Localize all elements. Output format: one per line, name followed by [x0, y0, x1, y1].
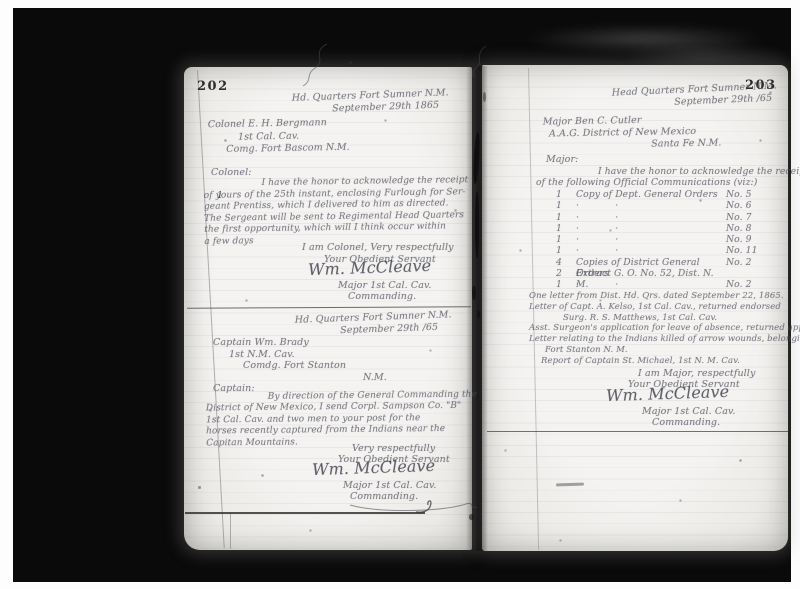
handwritten-line: Comdg. Fort Stanton	[243, 360, 387, 372]
handwritten-line: Fort Stanton N. M.	[545, 345, 800, 356]
handwritten-line: Asst. Surgeon's application for leave of…	[529, 323, 800, 334]
letter3-signature-role: Commanding.	[652, 417, 720, 428]
pen-flourish	[468, 44, 490, 78]
handwritten-line: Surg. R. S. Matthews, 1st Cal. Cav.	[563, 313, 800, 324]
orders-desc: · ·	[576, 223, 726, 234]
margin-rule-left-page-bottom	[230, 513, 231, 549]
handwritten-line: Very respectfully	[352, 443, 450, 454]
orders-no: No. 7	[726, 212, 770, 223]
orders-no: No. 11	[726, 245, 770, 256]
orders-list-row: 2Extract G. O. No. 52, Dist. N. M.	[556, 268, 770, 279]
handwritten-line: Captain Wm. Brady	[213, 337, 387, 349]
letter1-address: Colonel E. H. Bergmann1st Cal. Cav.Comg.…	[208, 117, 350, 157]
orders-list-row: 1· ·No. 6	[556, 200, 770, 211]
orders-qty: 4	[556, 257, 570, 268]
orders-qty: 2	[556, 268, 570, 279]
page-number-left: 202	[197, 79, 229, 94]
orders-desc: · ·	[576, 245, 726, 256]
letter3-intro: I have the honor to acknowledge the rece…	[536, 166, 800, 188]
ink-blot	[477, 310, 480, 319]
letter1-salutation: Colonel:	[211, 167, 252, 178]
letter3-orders-list: 1Copy of Dept. General OrdersNo. 51· ·No…	[556, 189, 770, 291]
orders-qty: 1	[556, 200, 570, 211]
orders-no: No. 5	[726, 189, 770, 200]
letter3-salutation: Major:	[546, 154, 578, 165]
orders-qty: 1	[556, 212, 570, 223]
handwritten-line: 1st N.M. Cav.	[229, 349, 387, 361]
handwritten-line: I am Colonel, Very respectfully	[302, 242, 454, 254]
letter2-signature-rank: Major 1st Cal. Cav.	[343, 480, 436, 491]
orders-qty: 1	[556, 234, 570, 245]
orders-desc: · ·	[576, 212, 726, 223]
orders-qty: 1	[556, 279, 570, 290]
orders-desc: Copies of District General Orders	[576, 257, 726, 268]
handwritten-line: Letter relating to the Indians killed of…	[529, 334, 800, 345]
orders-no: No. 8	[726, 223, 770, 234]
letter1-body: I have the honor to acknowledge the rece…	[204, 175, 470, 248]
orders-list-row: 1· ·No. 9	[556, 234, 770, 245]
handwritten-line: Letter of Capt. A. Kelso, 1st Cal. Cav.,…	[529, 302, 800, 313]
handwritten-line: One letter from Dist. Hd. Qrs. dated Sep…	[529, 291, 800, 302]
orders-no	[726, 268, 770, 279]
letter3-address: Major Ben C. CutlerA.A.G. District of Ne…	[543, 113, 722, 152]
orders-list-row: 1Copy of Dept. General OrdersNo. 5	[556, 189, 770, 200]
orders-desc: Extract G. O. No. 52, Dist. N. M.	[576, 268, 726, 279]
handwritten-line: N.M.	[363, 372, 387, 384]
end-rule-right-page	[487, 431, 788, 432]
letter2-address: Captain Wm. Brady1st N.M. Cav.Comdg. For…	[213, 337, 387, 383]
orders-desc: · ·	[576, 200, 726, 211]
handwritten-line: Santa Fe N.M.	[651, 137, 721, 150]
handwritten-line: I have the honor to acknowledge the rece…	[598, 166, 800, 177]
orders-desc: Copy of Dept. General Orders	[576, 189, 726, 200]
orders-desc: · ·	[576, 279, 726, 290]
orders-qty: 1	[556, 189, 570, 200]
dust-specks	[0, 0, 1, 1]
orders-list-row: 1· ·No. 7	[556, 212, 770, 223]
letter3-items-list: One letter from Dist. Hd. Qrs. dated Sep…	[529, 291, 800, 367]
orders-list-row: 1· ·No. 2	[556, 279, 770, 290]
handwritten-line: I am Major, respectfully	[638, 368, 755, 379]
orders-qty: 1	[556, 223, 570, 234]
orders-no: No. 6	[726, 200, 770, 211]
ink-blot	[483, 92, 486, 102]
orders-qty: 1	[556, 245, 570, 256]
orders-no: No. 2	[726, 257, 770, 268]
letter1-signature-role: Commanding.	[348, 291, 416, 302]
letter2-body: By direction of the General Commanding t…	[206, 390, 478, 450]
ink-blot	[469, 514, 474, 520]
handwritten-line: Report of Captain St. Michael, 1st N. M.…	[541, 356, 800, 367]
letter2-signature-role: Commanding.	[350, 491, 418, 502]
handwritten-line: of the following Official Communications…	[536, 177, 800, 188]
orders-list-row: 1· ·No. 11	[556, 245, 770, 256]
handwritten-line: Comg. Fort Bascom N.M.	[226, 142, 350, 157]
letter3-signature-rank: Major 1st Cal. Cav.	[642, 406, 735, 417]
orders-list-row: 4Copies of District General OrdersNo. 2	[556, 257, 770, 268]
orders-desc: · ·	[576, 234, 726, 245]
orders-list-row: 1· ·No. 8	[556, 223, 770, 234]
ink-blot	[475, 192, 479, 258]
orders-no: No. 9	[726, 234, 770, 245]
pen-flourish	[297, 42, 331, 88]
microfilm-scan: 202 203 Hd. Quarters Fort Sumner N.M.Sep…	[0, 0, 800, 589]
letter1-signature-rank: Major 1st Cal. Cav.	[338, 280, 431, 291]
orders-no: No. 2	[726, 279, 770, 290]
ink-blot	[472, 286, 476, 300]
